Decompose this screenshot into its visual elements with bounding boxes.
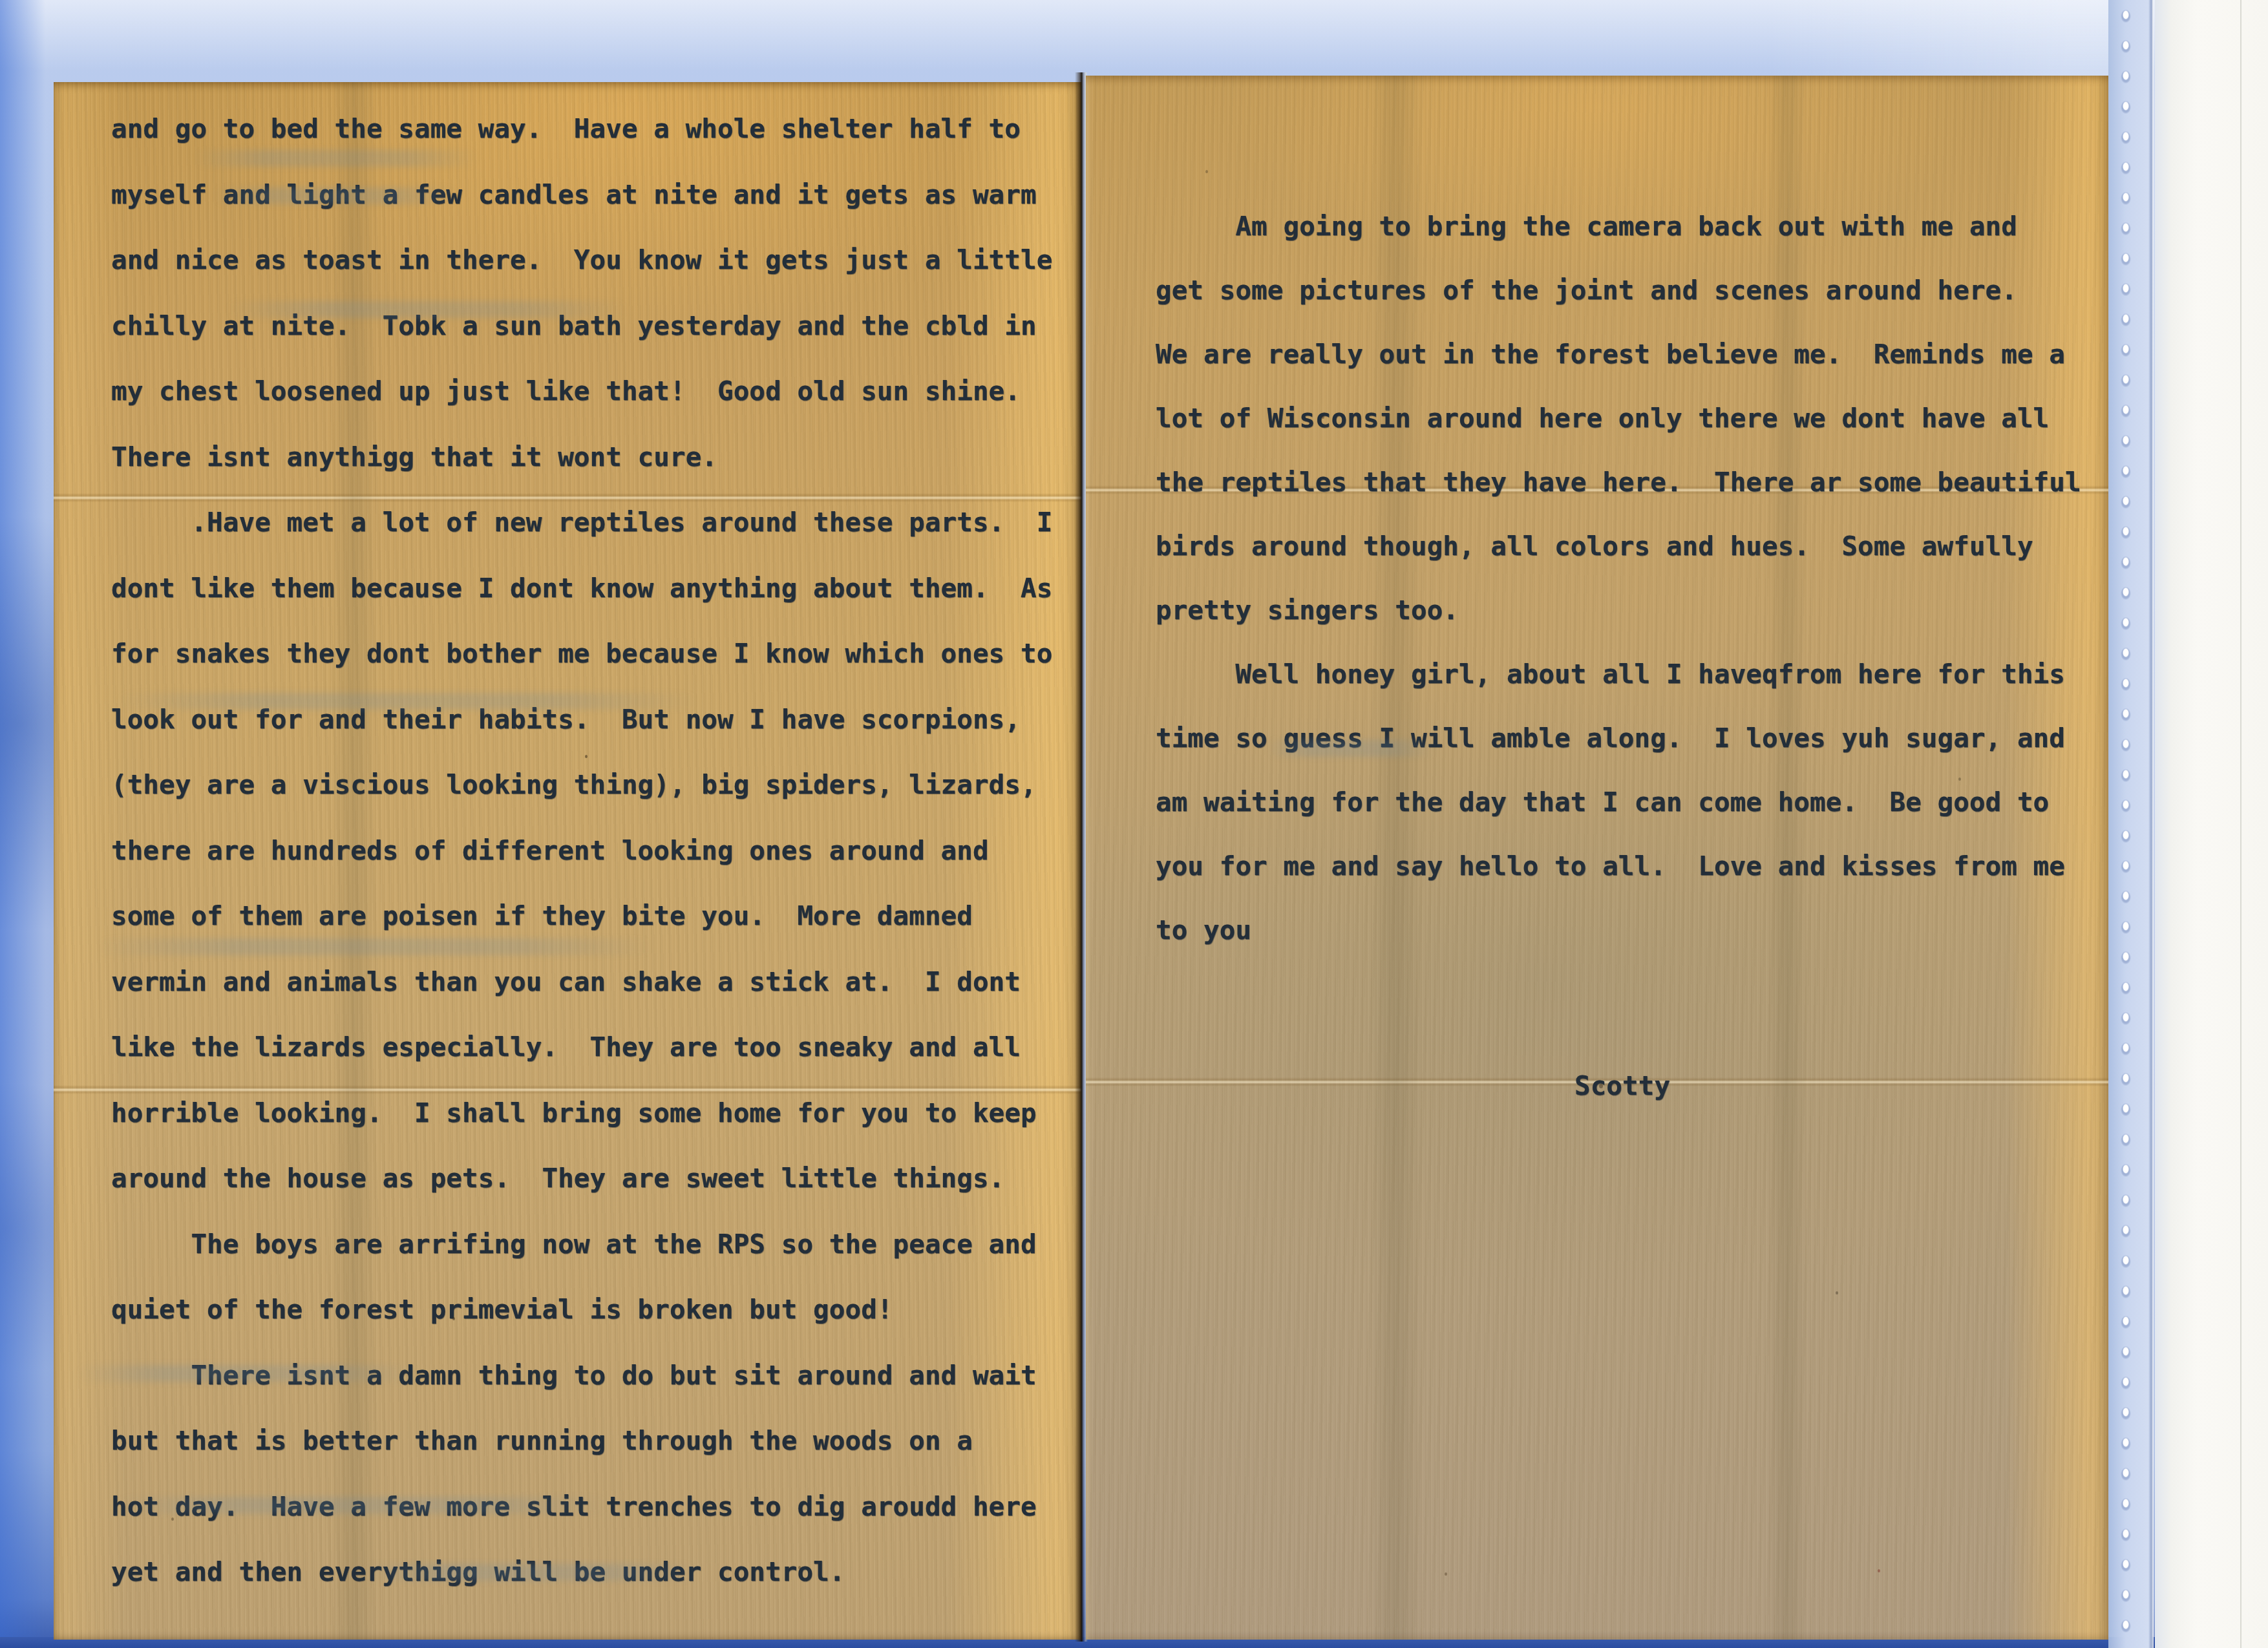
- typed-text-right: Am going to bring the camera back out wi…: [1086, 76, 2108, 1640]
- typed-line: pretty singers too.: [1156, 578, 2108, 642]
- signature: Scotty: [1156, 1054, 2108, 1118]
- backing-sheet-edge-line: [2240, 0, 2242, 1648]
- typed-line: you for me and say hello to all. Love an…: [1156, 834, 2108, 898]
- typed-line: (they are a viscious looking thing), big…: [111, 752, 1081, 818]
- typed-line: Am going to bring the camera back out wi…: [1156, 195, 2108, 259]
- typed-line: The boys are arrifing now at the RPS so …: [111, 1212, 1081, 1278]
- bleed-through-smudge: [362, 1564, 698, 1581]
- typed-line: the reptiles that they have here. There …: [1156, 450, 2108, 514]
- typed-line: birds around though, all colors and hues…: [1156, 514, 2108, 578]
- bleed-through-smudge: [78, 1365, 414, 1382]
- typed-line: dont like them because I dont know anyth…: [111, 556, 1081, 622]
- typed-line: horrible looking. I shall bring some hom…: [111, 1081, 1081, 1146]
- typed-line: there are hundreds of different looking …: [111, 818, 1081, 884]
- white-backing-sheet: [2152, 0, 2268, 1648]
- bleed-through-smudge: [194, 150, 478, 167]
- typed-line: but that is better than running through …: [111, 1408, 1081, 1474]
- bleed-through-smudge: [116, 693, 698, 710]
- typed-line: to you: [1156, 898, 2108, 962]
- dust-specks: [585, 755, 588, 758]
- typed-line: get some pictures of the joint and scene…: [1156, 259, 2108, 322]
- bleed-through-smudge: [97, 938, 653, 955]
- bleed-through-smudge: [226, 301, 627, 318]
- binder-perforation-holes: [2115, 0, 2137, 1648]
- bleed-through-smudge: [213, 187, 459, 204]
- typed-line: like the lizards especially. They are to…: [111, 1015, 1081, 1081]
- typed-line: vermin and animals than you can shake a …: [111, 949, 1081, 1015]
- typed-line: around the house as pets. They are sweet…: [111, 1146, 1081, 1212]
- typed-line: my chest loosened up just like that! Goo…: [111, 359, 1081, 425]
- typed-line: There isnt anythigg that it wont cure.: [111, 425, 1081, 491]
- typed-lines-right: Am going to bring the camera back out wi…: [1156, 195, 2108, 962]
- typed-line: and nice as toast in there. You know it …: [111, 227, 1081, 293]
- bleed-through-smudge: [116, 1497, 608, 1514]
- typed-line: quiet of the forest primevial is broken …: [111, 1277, 1081, 1343]
- sleeve-right-edge: [2148, 0, 2154, 1648]
- typed-line: for snakes they dont bother me because I…: [111, 621, 1081, 687]
- typed-line: time so guess I will amble along. I love…: [1156, 706, 2108, 770]
- scanned-letter: and go to bed the same way. Have a whole…: [0, 0, 2268, 1648]
- bleed-through-smudge: [1267, 740, 1435, 757]
- typed-line: We are really out in the forest believe …: [1156, 322, 2108, 386]
- typed-line: am waiting for the day that I can come h…: [1156, 770, 2108, 834]
- letter-page-right: Am going to bring the camera back out wi…: [1086, 76, 2108, 1640]
- typed-line: Well honey girl, about all I haveqfrom h…: [1156, 642, 2108, 706]
- typed-line: .Have met a lot of new reptiles around t…: [111, 490, 1081, 556]
- typed-line: lot of Wisconsin around here only there …: [1156, 386, 2108, 450]
